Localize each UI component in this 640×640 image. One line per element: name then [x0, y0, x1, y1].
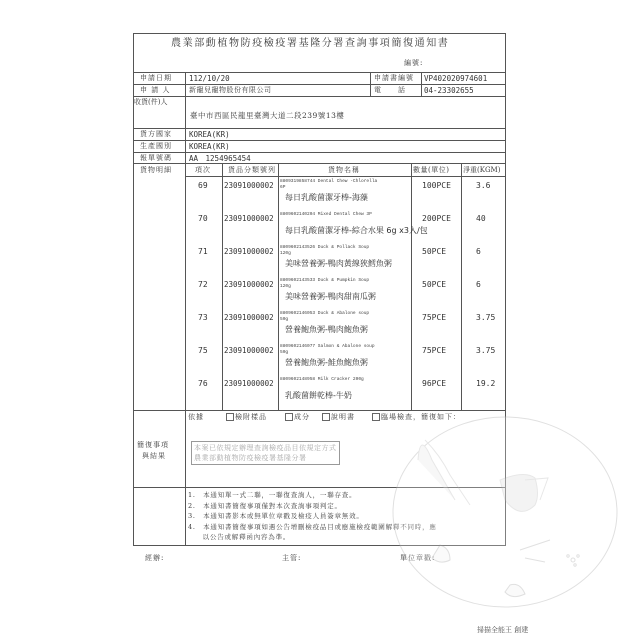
option-sample[interactable]: 檢附樣品	[226, 413, 267, 421]
row-name-zh: 營養鮑魚粥-鮭魚鮑魚粥	[285, 359, 368, 367]
row-name-en: 8809602148958 Milk Cracker 200g	[280, 378, 364, 383]
checkbox-ingredients[interactable]	[285, 413, 293, 421]
document-title: 農業部動植物防疫檢疫署基隆分署查詢事項簡復通知書	[171, 39, 449, 49]
checkbox-sample[interactable]	[226, 413, 234, 421]
row-item-number: 76	[198, 380, 208, 388]
application-no-label: 申請書編號	[374, 75, 414, 82]
row-name-en-cont: 6P	[280, 186, 285, 191]
row-net-weight: 3.75	[476, 314, 495, 322]
row-net-weight: 40	[476, 215, 486, 223]
row-hs-code: 23091000002	[224, 182, 274, 190]
row-quantity: 75PCE	[422, 347, 446, 355]
row-hs-code: 23091000002	[224, 380, 274, 388]
unit-seal-label: 單位章戳:	[400, 555, 435, 562]
declaration-no-label: 報單號碼	[140, 155, 172, 162]
row-name-en-cont: 50g	[280, 351, 288, 356]
note-item: 以公告或解釋函內容為準。	[188, 534, 290, 541]
row-net-weight: 19.2	[476, 380, 495, 388]
row-name-zh: 每日乳酸菌潔牙棒-海藻	[285, 194, 368, 202]
checkbox-onsite-inspection[interactable]	[372, 413, 380, 421]
column-hs-code: 貨品分類號列	[228, 167, 276, 174]
row-name-en-cont: 50g	[280, 318, 288, 323]
row-name-en: 8809602146077 Salmon & Abalone soup	[280, 345, 375, 350]
row-name-en: 8809602140204 Mixed Dental Chew 3P	[280, 213, 372, 218]
result-section-label-1: 簡復事項	[137, 442, 169, 449]
declaration-no-value: AA 1254965454	[189, 155, 251, 163]
origin-country-label: 生產國別	[140, 143, 172, 150]
row-hs-code: 23091000002	[224, 347, 274, 355]
supervisor-label: 主管:	[282, 555, 301, 562]
row-name-en-cont: 120g	[280, 252, 291, 257]
shipper-country-label: 貨方國家	[140, 131, 172, 138]
shipper-country-value: KOREA(KR)	[189, 131, 230, 139]
option-onsite-inspection[interactable]: 臨場檢查，簡復如下：	[372, 413, 461, 421]
origin-country-value: KOREA(KR)	[189, 143, 230, 151]
row-name-en: 8809602143526 Duck & Pollack Soup	[280, 246, 369, 251]
row-item-number: 72	[198, 281, 208, 289]
scanner-credit: 掃描全能王 創建	[477, 627, 528, 634]
note-item: 3. 本通知書影本或無單位章戳及檢疫人員簽章無效。	[188, 513, 364, 520]
row-hs-code: 23091000002	[224, 281, 274, 289]
row-quantity: 50PCE	[422, 248, 446, 256]
row-item-number: 75	[198, 347, 208, 355]
basis-label: 依據	[188, 414, 204, 421]
row-name-zh: 乳酸菌餅乾棒-牛奶	[285, 392, 352, 400]
option-manual[interactable]: 說明書	[322, 413, 355, 421]
row-name-zh: 美味營養粥-鴨肉黃線狹鱈魚粥	[285, 260, 392, 268]
note-item: 2. 本通知書簡復事項僅對本次查詢事項判定。	[188, 503, 342, 510]
row-quantity: 96PCE	[422, 380, 446, 388]
consignee-address: 臺中市西區民龍里臺灣大道二段239號13樓	[190, 112, 344, 120]
official-stamp: 本案已依規定辦理查詢檢疫品目依規定方式 農業部動植物防疫檢疫署基隆分署	[191, 441, 340, 465]
column-goods-name: 貨物名稱	[328, 167, 360, 174]
row-name-en-cont: 120g	[280, 285, 291, 290]
row-item-number: 70	[198, 215, 208, 223]
phone-label: 電 話	[374, 87, 406, 94]
applicant-label: 申 請 人	[140, 87, 170, 94]
row-hs-code: 23091000002	[224, 248, 274, 256]
row-net-weight: 3.75	[476, 347, 495, 355]
row-net-weight: 6	[476, 248, 481, 256]
consignee-label: 收貨(件)人	[134, 99, 167, 106]
row-name-en: 8809319858744 Dental Chew -Chlorella	[280, 180, 377, 185]
phone-value: 04-23302655	[424, 87, 474, 95]
row-item-number: 71	[198, 248, 208, 256]
note-item: 1. 本通知單一式二聯，一聯復查詢人，一聯存查。	[188, 492, 356, 499]
row-name-zh: 美味營養粥-鴨肉甜南瓜粥	[285, 293, 376, 301]
row-name-zh: 營養鮑魚粥-鴨肉鮑魚粥	[285, 326, 368, 334]
application-date-label: 申請日期	[140, 75, 172, 82]
column-quantity: 數量(單位)	[413, 167, 449, 174]
row-item-number: 69	[198, 182, 208, 190]
result-section-label-2: 與結果	[142, 453, 166, 460]
applicant-value: 新寵兒寵物股份有限公司	[189, 87, 272, 94]
serial-number-label: 編號:	[404, 60, 423, 67]
row-quantity: 100PCE	[422, 182, 451, 190]
application-date-value: 112/10/20	[189, 75, 230, 83]
note-item: 4. 本通知書簡復事項如遇公告增刪檢疫品目或應施檢疫範圍解釋不同時，應	[188, 524, 437, 531]
stamp-line-2: 農業部動植物防疫檢疫署基隆分署	[194, 453, 337, 463]
application-no-value: VP402020974601	[424, 75, 487, 83]
row-quantity: 200PCE	[422, 215, 451, 223]
column-net-weight: 淨重(KGM)	[463, 167, 500, 174]
row-name-en: 8809602146053 Duck & Abalone soup	[280, 312, 369, 317]
row-quantity: 75PCE	[422, 314, 446, 322]
row-hs-code: 23091000002	[224, 314, 274, 322]
row-item-number: 73	[198, 314, 208, 322]
stamp-line-1: 本案已依規定辦理查詢檢疫品目依規定方式	[194, 443, 337, 453]
row-name-en: 8809602143533 Duck & Pumpkin Soup	[280, 279, 369, 284]
checkbox-manual[interactable]	[322, 413, 330, 421]
row-quantity: 50PCE	[422, 281, 446, 289]
handler-label: 經辦:	[145, 555, 164, 562]
column-item: 項次	[195, 167, 211, 174]
option-ingredients[interactable]: 成分	[285, 413, 310, 421]
row-hs-code: 23091000002	[224, 215, 274, 223]
row-net-weight: 3.6	[476, 182, 490, 190]
goods-section-label: 貨物明細	[140, 167, 172, 174]
row-name-zh: 每日乳酸菌潔牙棒-綜合水果 6g x3入/包	[285, 227, 428, 235]
row-net-weight: 6	[476, 281, 481, 289]
